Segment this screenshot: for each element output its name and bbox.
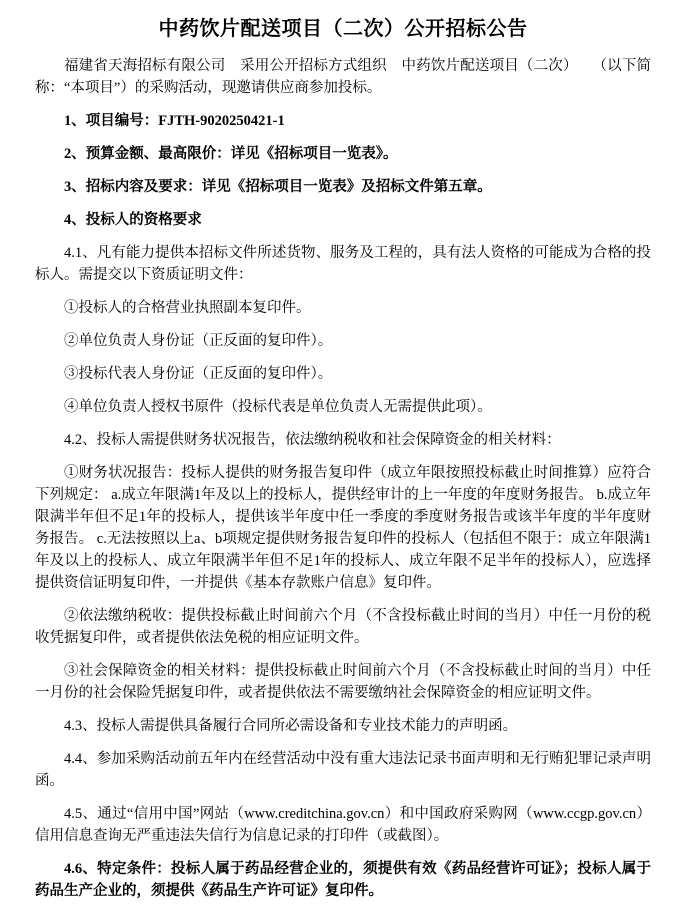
finance-item-1: ①财务状况报告：投标人提供的财务报告复印件（成立年限按照投标截止时间推算）应符合… [35, 462, 651, 594]
credential-item-1: ①投标人的合格营业执照副本复印件。 [35, 297, 651, 319]
finance-item-2: ②依法缴纳税收：提供投标截止时间前六个月（不含投标截止时间的当月）中任一月份的税… [35, 605, 651, 649]
credential-item-3: ③投标代表人身份证（正反面的复印件）。 [35, 363, 651, 385]
budget-item: 2、预算金额、最高限价：详见《招标项目一览表》。 [35, 143, 651, 165]
clause-4-2: 4.2、投标人需提供财务状况报告，依法缴纳税收和社会保障资金的相关材料： [35, 429, 651, 451]
page-title: 中药饮片配送项目（二次）公开招标公告 [35, 16, 651, 42]
clause-4-1: 4.1、凡有能力提供本招标文件所述货物、服务及工程的，具有法人资格的可能成为合格… [35, 242, 651, 286]
intro-paragraph: 福建省天海招标有限公司 采用公开招标方式组织 中药饮片配送项目（二次） （以下简… [35, 55, 651, 99]
announcement-document: 中药饮片配送项目（二次）公开招标公告 福建省天海招标有限公司 采用公开招标方式组… [0, 0, 686, 904]
credential-item-2: ②单位负责人身份证（正反面的复印件）。 [35, 330, 651, 352]
clause-4-6: 4.6、特定条件：投标人属于药品经营企业的，须提供有效《药品经营许可证》；投标人… [35, 858, 651, 902]
clause-4-4: 4.4、参加采购活动前五年内在经营活动中没有重大违法记录书面声明和无行贿犯罪记录… [35, 748, 651, 792]
finance-item-3: ③社会保障资金的相关材料：提供投标截止时间前六个月（不含投标截止时间的当月）中任… [35, 660, 651, 704]
bid-content-item: 3、招标内容及要求：详见《招标项目一览表》及招标文件第五章。 [35, 176, 651, 198]
clause-4-5: 4.5、通过“信用中国”网站（www.creditchina.gov.cn）和中… [35, 803, 651, 847]
qualification-heading: 4、投标人的资格要求 [35, 209, 651, 231]
clause-4-3: 4.3、投标人需提供具备履行合同所必需设备和专业技术能力的声明函。 [35, 715, 651, 737]
credential-item-4: ④单位负责人授权书原件（投标代表是单位负责人无需提供此项）。 [35, 396, 651, 418]
project-number-item: 1、项目编号：FJTH-9020250421-1 [35, 110, 651, 132]
